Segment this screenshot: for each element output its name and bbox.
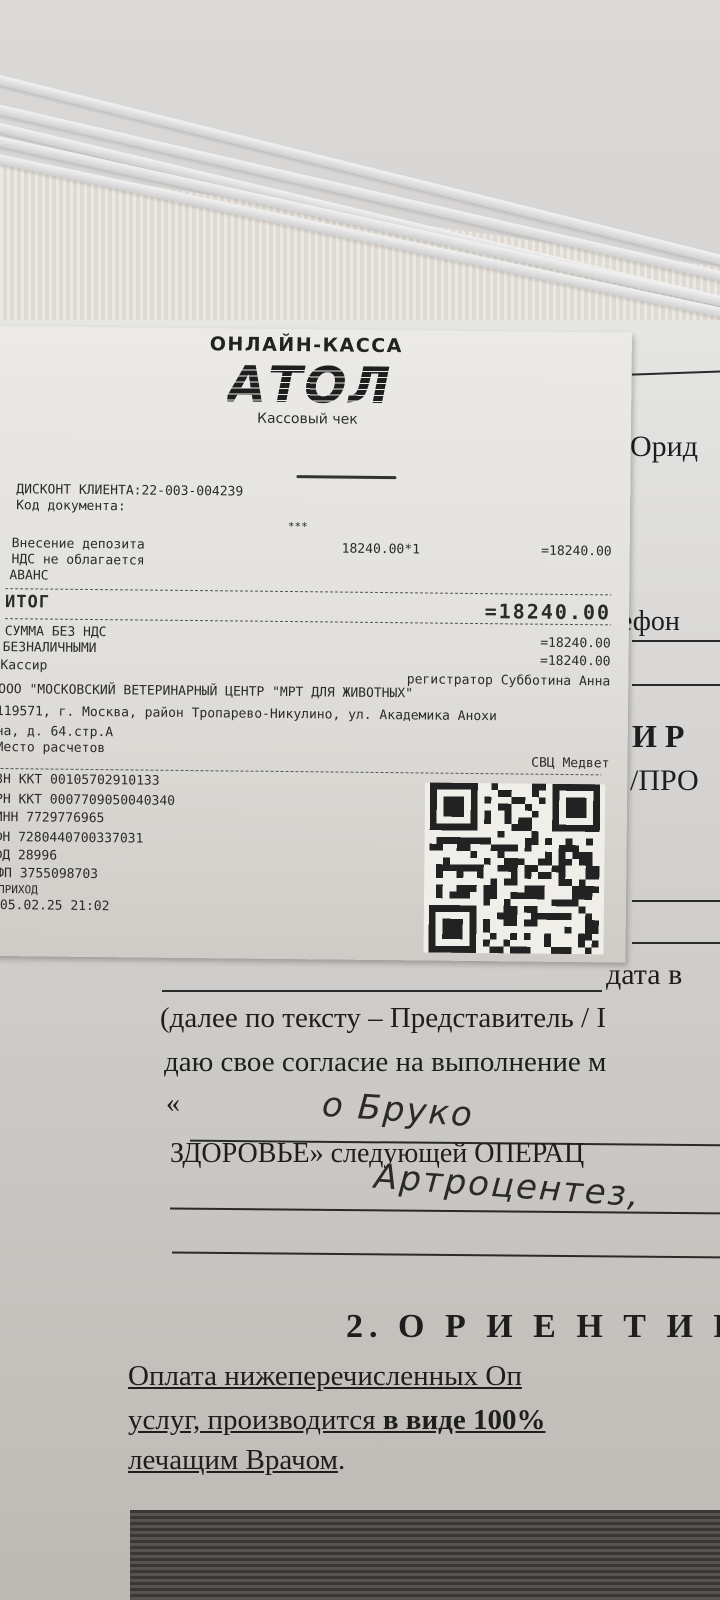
item-price-qty: 18240.00*1 [342,542,420,559]
org-name: ООО "МОСКОВСКИЙ ВЕТЕРИНАРНЫЙ ЦЕНТР "МРТ … [0,682,413,702]
cashier-label: Кассир [0,658,47,674]
payment-line-2: услуг, производится в виде 100% [128,1404,545,1437]
form-underline [632,942,720,944]
stamp-mark [296,475,396,479]
atol-logo: АТОЛ [227,358,392,412]
payment-line-1: Оплата нижеперечисленных Оп [128,1360,522,1393]
quote-open: « [166,1088,180,1120]
address-line-1: 119571, г. Москва, район Тропарево-Никул… [0,704,497,725]
payment-line-3-text: лечащим Врачом [128,1444,338,1476]
section-heading: 2. О Р И Е Н Т И Р [346,1308,720,1346]
form-underline [162,990,602,992]
receipt-type: Кассовый чек [257,411,358,428]
cash-receipt: ОНЛАЙН-КАССА АТОЛ Кассовый чек ДИСКОНТ К… [0,326,632,963]
form-heading-fragment: /ПРО [630,764,699,798]
total-label: ИТОГ [5,594,50,610]
payment-line-2b: в виде 100% [383,1404,546,1436]
cashier-value: регистратор Субботина Анна [407,672,611,690]
form-underline [632,684,720,686]
item-payment-type: АВАНС [9,568,48,584]
representative-line: (далее по тексту – Представитель / І [160,1002,606,1035]
qr-code[interactable] [423,782,605,954]
cashless-value: =18240.00 [540,654,611,671]
stars: *** [288,519,308,535]
doc-code-label: Код документа: [16,498,126,515]
fiscal-fd: ФД 28996 [0,848,57,865]
fiscal-fn: ФН 7280440700337031 [0,830,143,848]
form-fragment: Орид [630,430,698,464]
address-line-2: на, д. 64.стр.А [0,724,113,741]
separator [5,588,611,595]
item-name: Внесение депозита [12,536,145,553]
payment-line-3: лечащим Врачом. [128,1444,345,1477]
fiscal-fp: ФП 3755098703 [0,866,98,883]
sum-no-vat-value: =18240.00 [540,636,611,653]
sum-no-vat-label: СУММА БЕЗ НДС [5,624,107,641]
fiscal-inn: ИНН 7729776965 [0,810,105,827]
payment-line-3-end: . [338,1444,345,1476]
item-vat: НДС не облагается [11,552,144,569]
cashless-label: БЕЗНАЛИЧНЫМИ [3,640,97,657]
place-value: СВЦ Медвет [531,756,609,773]
form-underline [632,900,720,902]
fiscal-operation: ПРИХОД [0,882,38,898]
place-label: Место расчетов [0,740,105,757]
fiscal-kkt-serial: ЗН ККТ 00105702910133 [0,772,160,790]
consent-line: даю свое согласие на выполнение м [164,1046,606,1079]
form-heading-fragment: И Р [632,718,684,755]
payment-line-2a: услуг, производится [128,1404,383,1436]
receipt-brand-line: ОНЛАЙН-КАССА [210,336,403,354]
fiscal-datetime: 05.02.25 21:02 [0,898,110,915]
dark-table-block [130,1510,720,1600]
fiscal-kkt-reg: РН ККТ 0007709050040340 [0,792,175,810]
date-label: дата в [606,958,682,992]
total-value: =18240.00 [485,603,612,620]
form-underline [632,640,720,642]
item-amount: =18240.00 [541,544,612,561]
